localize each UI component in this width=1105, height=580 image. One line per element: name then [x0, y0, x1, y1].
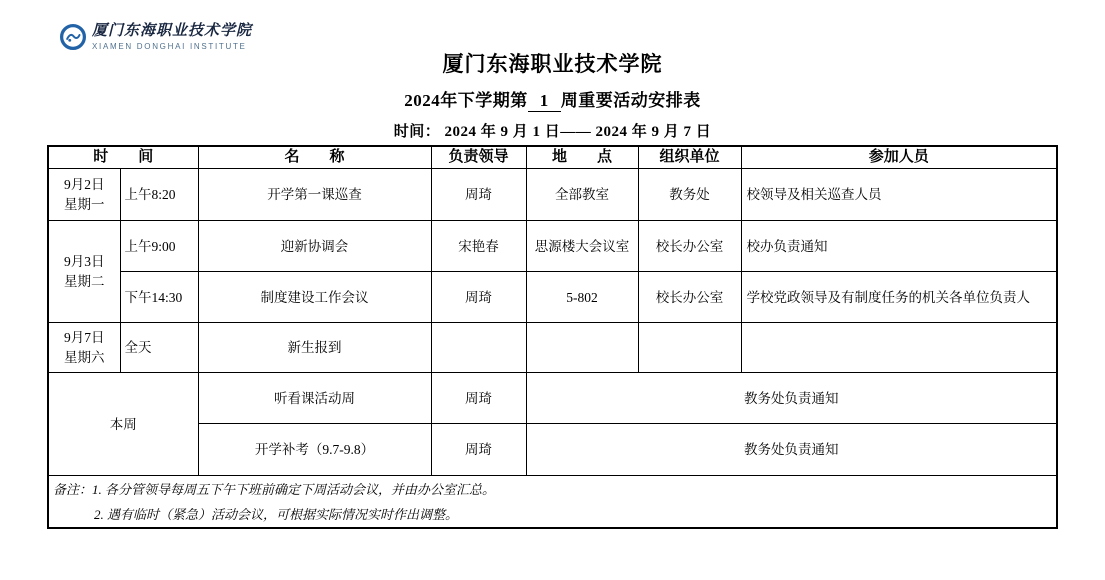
column-header-leader: 负责领导: [431, 146, 526, 169]
cell-date: 9月2日 星期一: [48, 169, 120, 221]
subtitle-prefix: 2024年下学期第: [404, 91, 528, 110]
cell-place: 5-802: [526, 272, 638, 323]
cell-org: 校长办公室: [638, 272, 741, 323]
cell-participants: 学校党政领导及有制度任务的机关各单位负责人: [741, 272, 1057, 323]
note-line-2: 2. 遇有临时（紧急）活动会议，可根据实际情况实时作出调整。: [94, 507, 1052, 523]
weekday-text: 星期六: [64, 350, 105, 365]
column-header-participants: 参加人员: [741, 146, 1057, 169]
cell-participants: 校领导及相关巡查人员: [741, 169, 1057, 221]
cell-org: 教务处: [638, 169, 741, 221]
table-row: 下午14:30 制度建设工作会议 周琦 5-802 校长办公室 学校党政领导及有…: [48, 272, 1057, 323]
notes-cell: 备注：1. 各分管领导每周五下午下班前确定下周活动会议，并由办公室汇总。 2. …: [48, 476, 1057, 528]
table-row: 9月2日 星期一 上午8:20 开学第一课巡查 周琦 全部教室 教务处 校领导及…: [48, 169, 1057, 221]
cell-week-scope: 本周: [48, 373, 198, 476]
date-text: 9月7日: [64, 330, 105, 345]
cell-participants: [741, 323, 1057, 373]
column-header-place: 地 点: [526, 146, 638, 169]
schedule-table: 时 间 名 称 负责领导 地 点 组织单位 参加人员 9月2日 星期一 上午8:…: [47, 145, 1058, 529]
table-row: 9月7日 星期六 全天 新生报到: [48, 323, 1057, 373]
cell-participants: 校办负责通知: [741, 221, 1057, 272]
cell-activity-name: 开学补考（9.7-9.8）: [198, 424, 431, 476]
cell-activity-name: 制度建设工作会议: [198, 272, 431, 323]
notes-row: 备注：1. 各分管领导每周五下午下班前确定下周活动会议，并由办公室汇总。 2. …: [48, 476, 1057, 528]
subtitle-suffix: 周重要活动安排表: [561, 91, 701, 110]
note-line-1: 备注：1. 各分管领导每周五下午下班前确定下周活动会议，并由办公室汇总。: [53, 482, 1052, 498]
document-page: 厦门东海职业技术学院 XIAMEN DONGHAI INSTITUTE 厦门东海…: [0, 0, 1105, 580]
cell-leader: 宋艳春: [431, 221, 526, 272]
date-range: 时间： 2024 年 9 月 1 日—— 2024 年 9 月 7 日: [0, 123, 1105, 141]
cell-activity-name: 听看课活动周: [198, 373, 431, 424]
column-header-org: 组织单位: [638, 146, 741, 169]
cell-org: [638, 323, 741, 373]
cell-leader: 周琦: [431, 272, 526, 323]
cell-leader: 周琦: [431, 373, 526, 424]
school-name-en: XIAMEN DONGHAI INSTITUTE: [92, 42, 252, 52]
cell-leader: 周琦: [431, 424, 526, 476]
school-emblem-icon: [60, 24, 86, 50]
cell-activity-name: 开学第一课巡查: [198, 169, 431, 221]
weekday-text: 星期二: [64, 274, 105, 289]
cell-time: 上午9:00: [120, 221, 198, 272]
school-logo: 厦门东海职业技术学院 XIAMEN DONGHAI INSTITUTE: [60, 22, 252, 52]
cell-leader: 周琦: [431, 169, 526, 221]
cell-time: 下午14:30: [120, 272, 198, 323]
date-text: 9月3日: [64, 254, 105, 269]
column-header-name: 名 称: [198, 146, 431, 169]
school-logo-text: 厦门东海职业技术学院 XIAMEN DONGHAI INSTITUTE: [92, 22, 252, 52]
cell-notice: 教务处负责通知: [526, 424, 1057, 476]
cell-place: 思源楼大会议室: [526, 221, 638, 272]
week-number: 1: [528, 90, 561, 112]
table-row: 本周 听看课活动周 周琦 教务处负责通知: [48, 373, 1057, 424]
cell-time: 上午8:20: [120, 169, 198, 221]
cell-place: [526, 323, 638, 373]
school-name-cn: 厦门东海职业技术学院: [92, 22, 252, 40]
cell-activity-name: 新生报到: [198, 323, 431, 373]
cell-time: 全天: [120, 323, 198, 373]
cell-org: 校长办公室: [638, 221, 741, 272]
cell-notice: 教务处负责通知: [526, 373, 1057, 424]
page-subtitle: 2024年下学期第1周重要活动安排表: [0, 90, 1105, 112]
weekday-text: 星期一: [64, 197, 105, 212]
cell-activity-name: 迎新协调会: [198, 221, 431, 272]
cell-place: 全部教室: [526, 169, 638, 221]
cell-date: 9月3日 星期二: [48, 221, 120, 323]
column-header-time: 时 间: [48, 146, 198, 169]
table-row: 9月3日 星期二 上午9:00 迎新协调会 宋艳春 思源楼大会议室 校长办公室 …: [48, 221, 1057, 272]
cell-date: 9月7日 星期六: [48, 323, 120, 373]
cell-leader: [431, 323, 526, 373]
table-header-row: 时 间 名 称 负责领导 地 点 组织单位 参加人员: [48, 146, 1057, 169]
table-row: 开学补考（9.7-9.8） 周琦 教务处负责通知: [48, 424, 1057, 476]
date-text: 9月2日: [64, 177, 105, 192]
